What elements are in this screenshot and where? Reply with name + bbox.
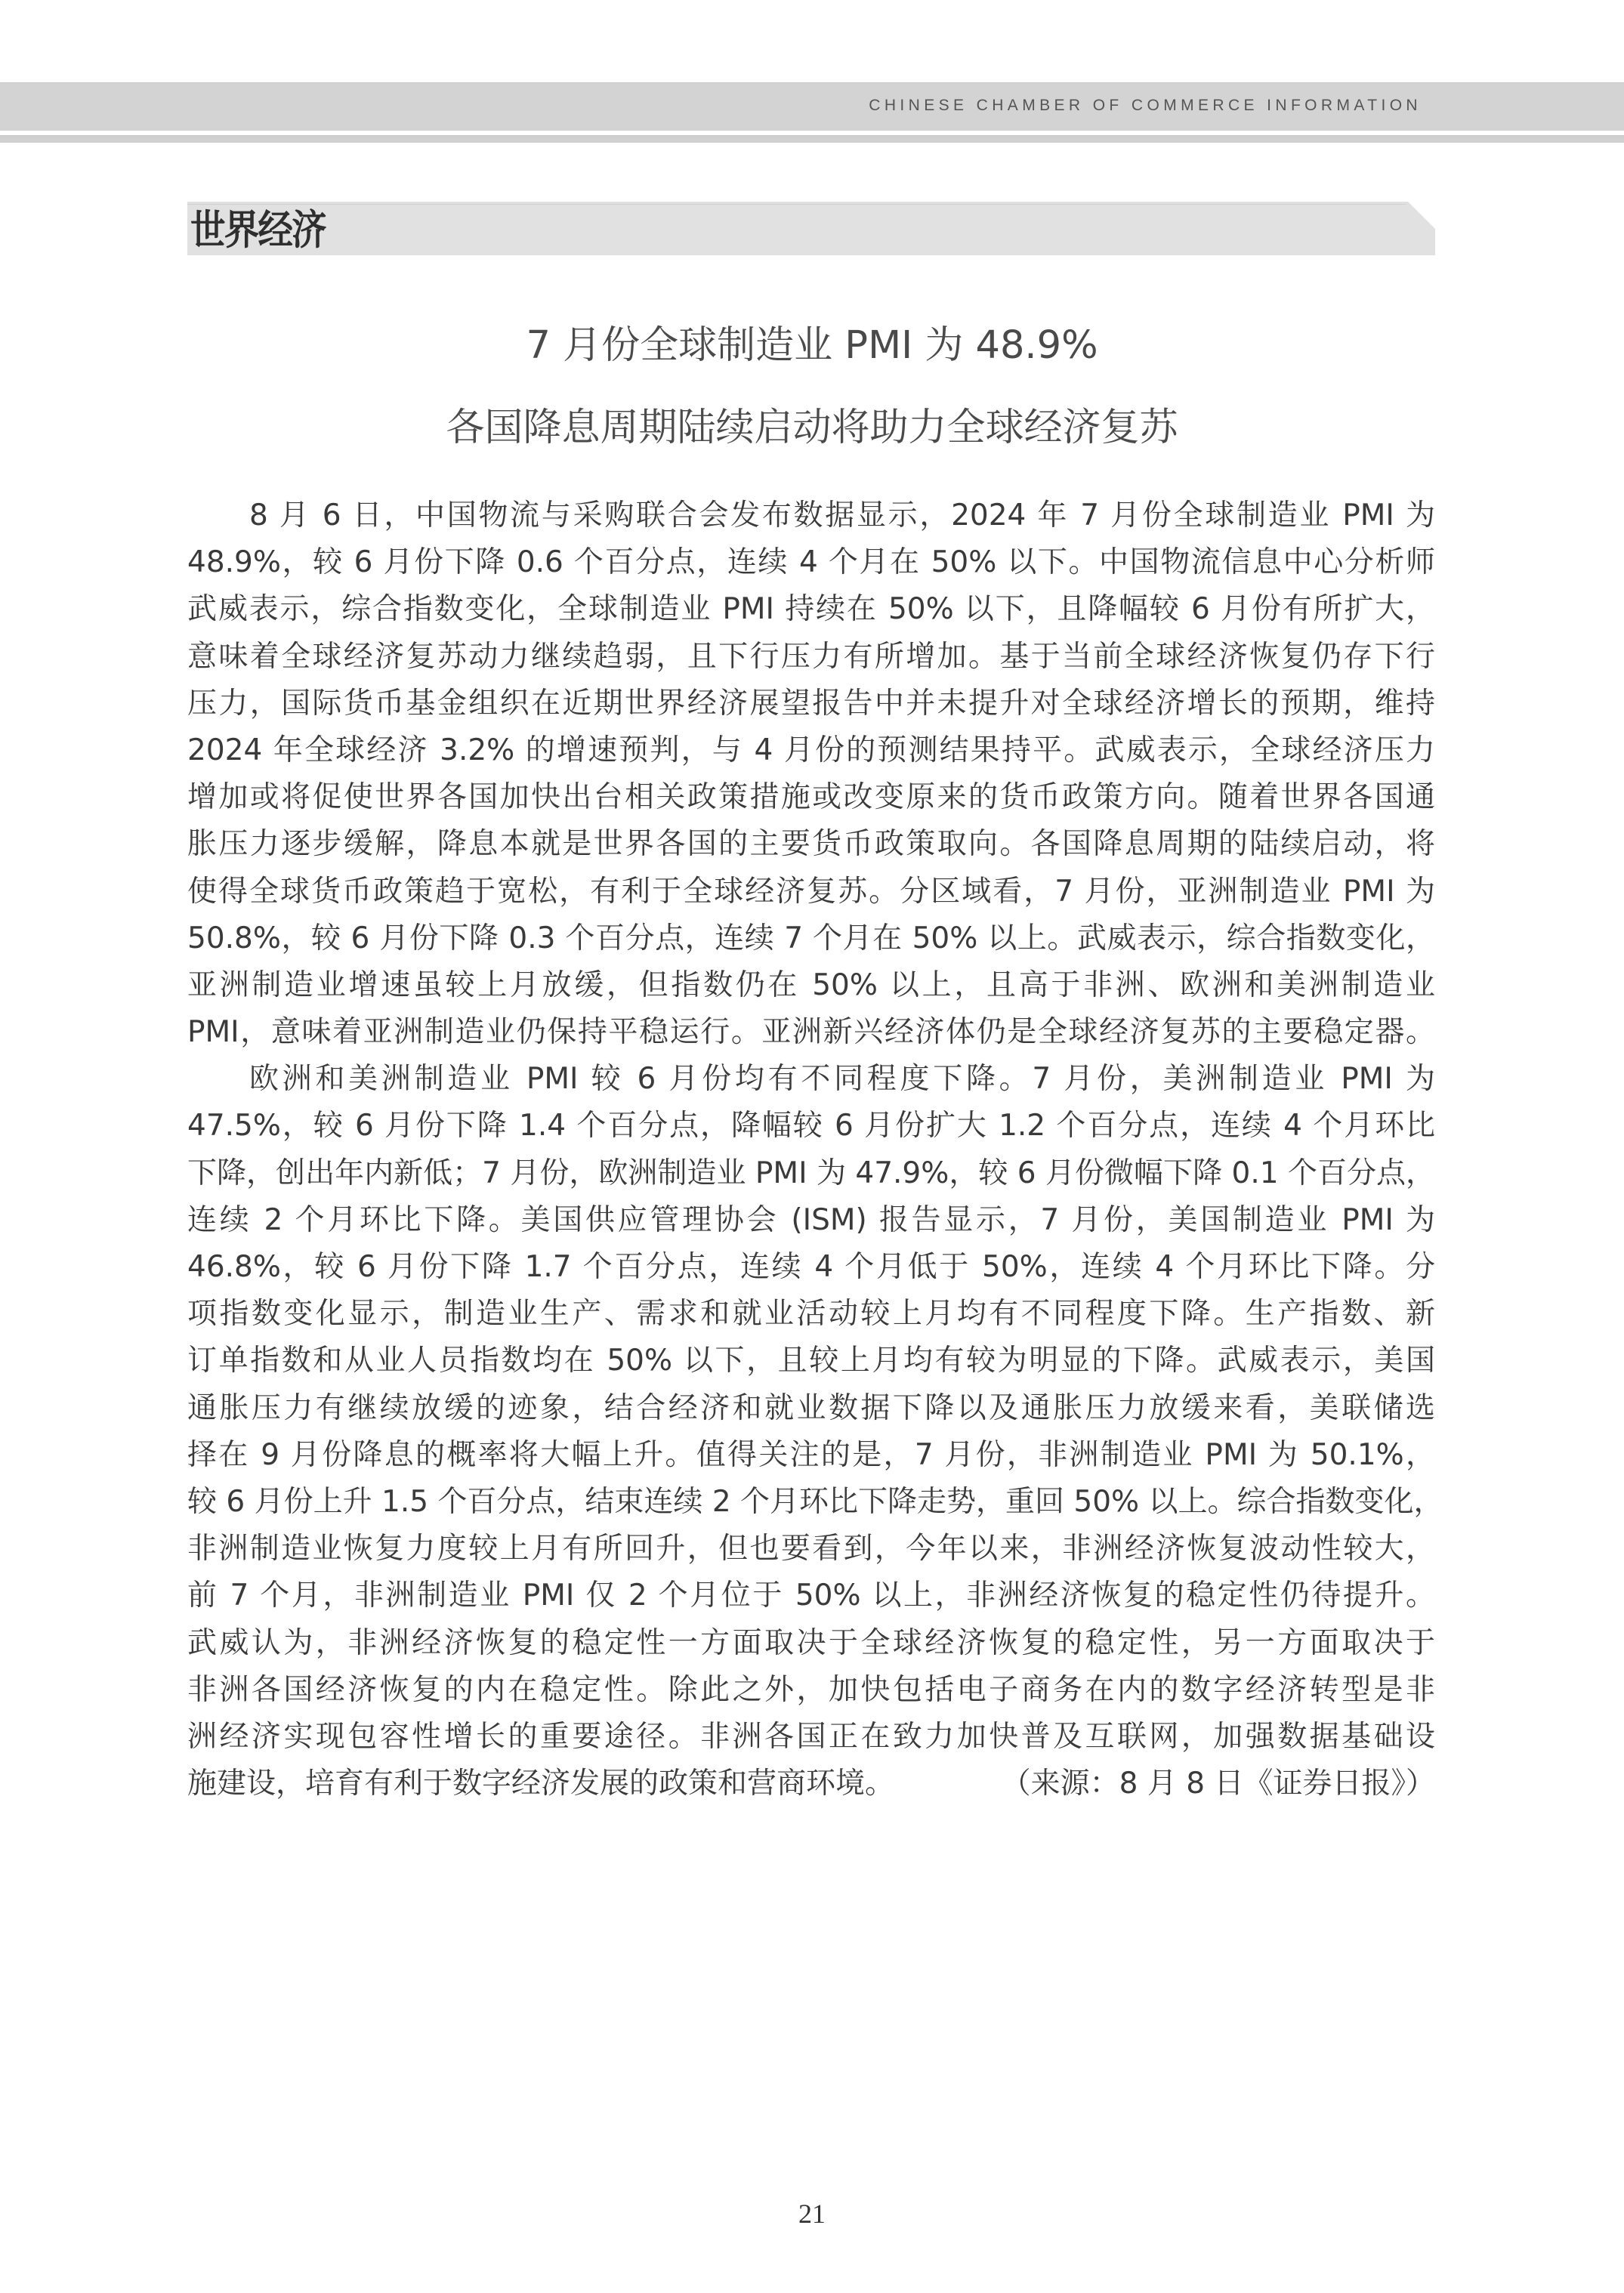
page-number: 21 [0, 2198, 1624, 2230]
body-line: 8 月 6 日，中国物流与采购联合会发布数据显示，2024 年 7 月份全球制造… [187, 492, 1435, 539]
body-line: 压力，国际货币基金组织在近期世界经济展望报告中并未提升对全球经济增长的预期，维持 [187, 680, 1435, 727]
body-line: 订单指数和从业人员指数均在 50% 以下，且较上月均有较为明显的下降。武威表示，… [187, 1338, 1435, 1384]
publication-name: CHINESE CHAMBER OF COMMERCE INFORMATION [869, 97, 1422, 115]
body-line: 项指数变化显示，制造业生产、需求和就业活动较上月均有不同程度下降。生产指数、新 [187, 1291, 1435, 1338]
header-stripe [0, 135, 1624, 143]
body-line: 意味着全球经济复苏动力继续趋弱，且下行压力有所增加。基于当前全球经济恢复仍存下行 [187, 634, 1435, 680]
article-body: 8 月 6 日，中国物流与采购联合会发布数据显示，2024 年 7 月份全球制造… [187, 492, 1435, 1807]
section-title: 世界经济 [190, 205, 326, 254]
body-line: 通胀压力有继续放缓的迹象，结合经济和就业数据下降以及通胀压力放缓来看，美联储选 [187, 1385, 1435, 1432]
body-line: 胀压力逐步缓解，降息本就是世界各国的主要货币政策取向。各国降息周期的陆续启动，将 [187, 821, 1435, 868]
body-line: 46.8%，较 6 月份下降 1.7 个百分点，连续 4 个月低于 50%，连续… [187, 1244, 1435, 1291]
article-title-line-2: 各国降息周期陆续启动将助力全球经济复苏 [0, 396, 1624, 452]
body-line: 增加或将促使世界各国加快出台相关政策措施或改变原来的货币政策方向。随着世界各国通 [187, 774, 1435, 821]
body-line: 较 6 月份上升 1.5 个百分点，结束连续 2 个月环比下降走势，重回 50%… [187, 1479, 1435, 1526]
body-line-last: 施建设，培育有利于数字经济发展的政策和营商环境。 （来源：8 月 8 日《证券日… [187, 1761, 1435, 1807]
source-citation: （来源：8 月 8 日《证券日报》） [1002, 1761, 1435, 1807]
body-line: 48.9%，较 6 月份下降 0.6 个百分点，连续 4 个月在 50% 以下。… [187, 539, 1435, 586]
body-line-text: 施建设，培育有利于数字经济发展的政策和营商环境。 [187, 1761, 894, 1807]
body-line: 非洲各国经济恢复的内在稳定性。除此之外，加快包括电子商务在内的数字经济转型是非 [187, 1667, 1435, 1714]
body-line: 47.5%，较 6 月份下降 1.4 个百分点，降幅较 6 月份扩大 1.2 个… [187, 1103, 1435, 1150]
body-line: 武威认为，非洲经济恢复的稳定性一方面取决于全球经济恢复的稳定性，另一方面取决于 [187, 1620, 1435, 1667]
body-line: 前 7 个月，非洲制造业 PMI 仅 2 个月位于 50% 以上，非洲经济恢复的… [187, 1572, 1435, 1619]
body-line: 2024 年全球经济 3.2% 的增速预判，与 4 月份的预测结果持平。武威表示… [187, 727, 1435, 774]
body-line: 择在 9 月份降息的概率将大幅上升。值得关注的是，7 月份，非洲制造业 PMI … [187, 1432, 1435, 1479]
section-bar [187, 202, 1435, 255]
article-title-line-1: 7 月份全球制造业 PMI 为 48.9% [0, 313, 1624, 369]
body-line: 连续 2 个月环比下降。美国供应管理协会 (ISM) 报告显示，7 月份，美国制… [187, 1197, 1435, 1244]
body-line: 50.8%，较 6 月份下降 0.3 个百分点，连续 7 个月在 50% 以上。… [187, 915, 1435, 962]
body-line: 非洲制造业恢复力度较上月有所回升，但也要看到，今年以来，非洲经济恢复波动性较大， [187, 1526, 1435, 1572]
body-line: 洲经济实现包容性增长的重要途径。非洲各国正在致力加快普及互联网，加强数据基础设 [187, 1714, 1435, 1761]
body-line: 欧洲和美洲制造业 PMI 较 6 月份均有不同程度下降。7 月份，美洲制造业 P… [187, 1056, 1435, 1103]
body-line: 亚洲制造业增速虽较上月放缓，但指数仍在 50% 以上，且高于非洲、欧洲和美洲制造… [187, 962, 1435, 1009]
body-line: PMI，意味着亚洲制造业仍保持平稳运行。亚洲新兴经济体仍是全球经济复苏的主要稳定… [187, 1009, 1435, 1056]
body-line: 武威表示，综合指数变化，全球制造业 PMI 持续在 50% 以下，且降幅较 6 … [187, 586, 1435, 633]
body-line: 下降，创出年内新低；7 月份，欧洲制造业 PMI 为 47.9%，较 6 月份微… [187, 1150, 1435, 1197]
body-line: 使得全球货币政策趋于宽松，有利于全球经济复苏。分区域看，7 月份，亚洲制造业 P… [187, 869, 1435, 915]
